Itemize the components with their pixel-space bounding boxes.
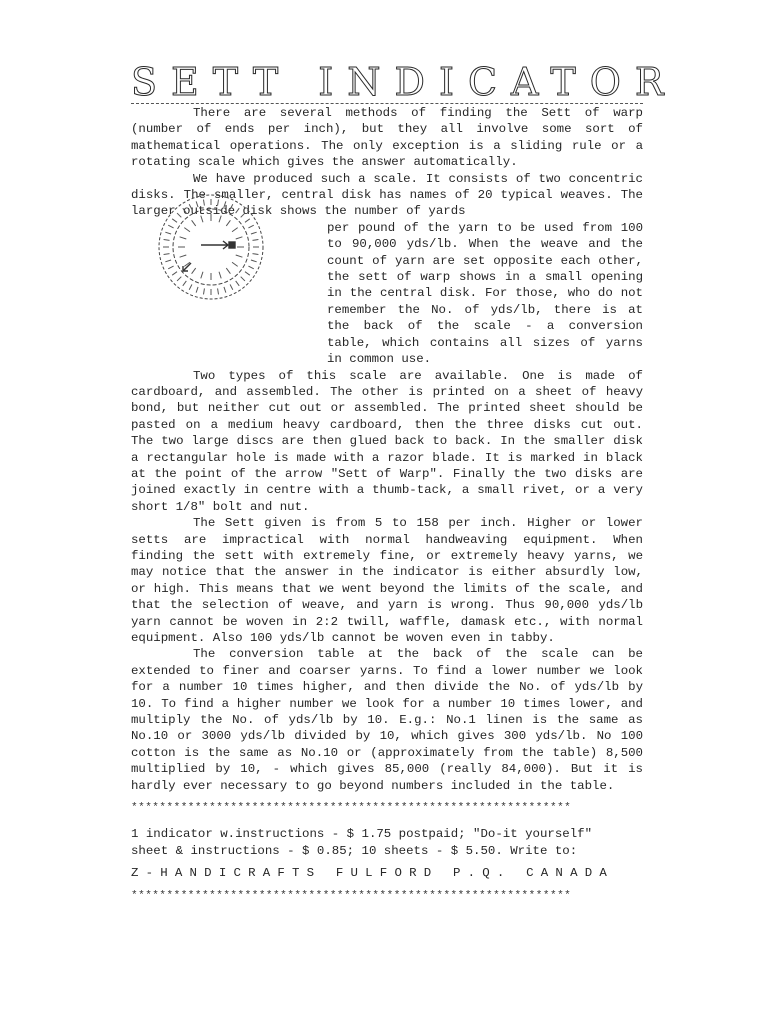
paragraph-intro: There are several methods of finding the…	[131, 105, 643, 171]
paragraph-scale-wrapped: per pound of the yarn to be used from 10…	[327, 220, 643, 368]
order-line-1: 1 indicator w.instructions - $ 1.75 post…	[131, 826, 643, 842]
disk-scale-icon	[139, 191, 284, 303]
document-page: SETT INDICATOR There are several methods…	[131, 62, 643, 914]
paragraph-conversion: The conversion table at the back of the …	[131, 646, 643, 794]
paragraph-types: Two types of this scale are available. O…	[131, 368, 643, 516]
address: Z-HANDICRAFTS FULFORD P.Q. CANADA	[131, 865, 643, 881]
separator-bottom: ****************************************…	[131, 888, 643, 904]
page-title: SETT INDICATOR	[131, 62, 643, 104]
order-info: 1 indicator w.instructions - $ 1.75 post…	[131, 826, 643, 881]
paragraph-sett-range: The Sett given is from 5 to 158 per inch…	[131, 515, 643, 646]
order-line-2: sheet & instructions - $ 0.85; 10 sheets…	[131, 843, 643, 859]
scale-description-section: We have produced such a scale. It consis…	[131, 171, 643, 368]
separator-top: ****************************************…	[131, 800, 643, 816]
